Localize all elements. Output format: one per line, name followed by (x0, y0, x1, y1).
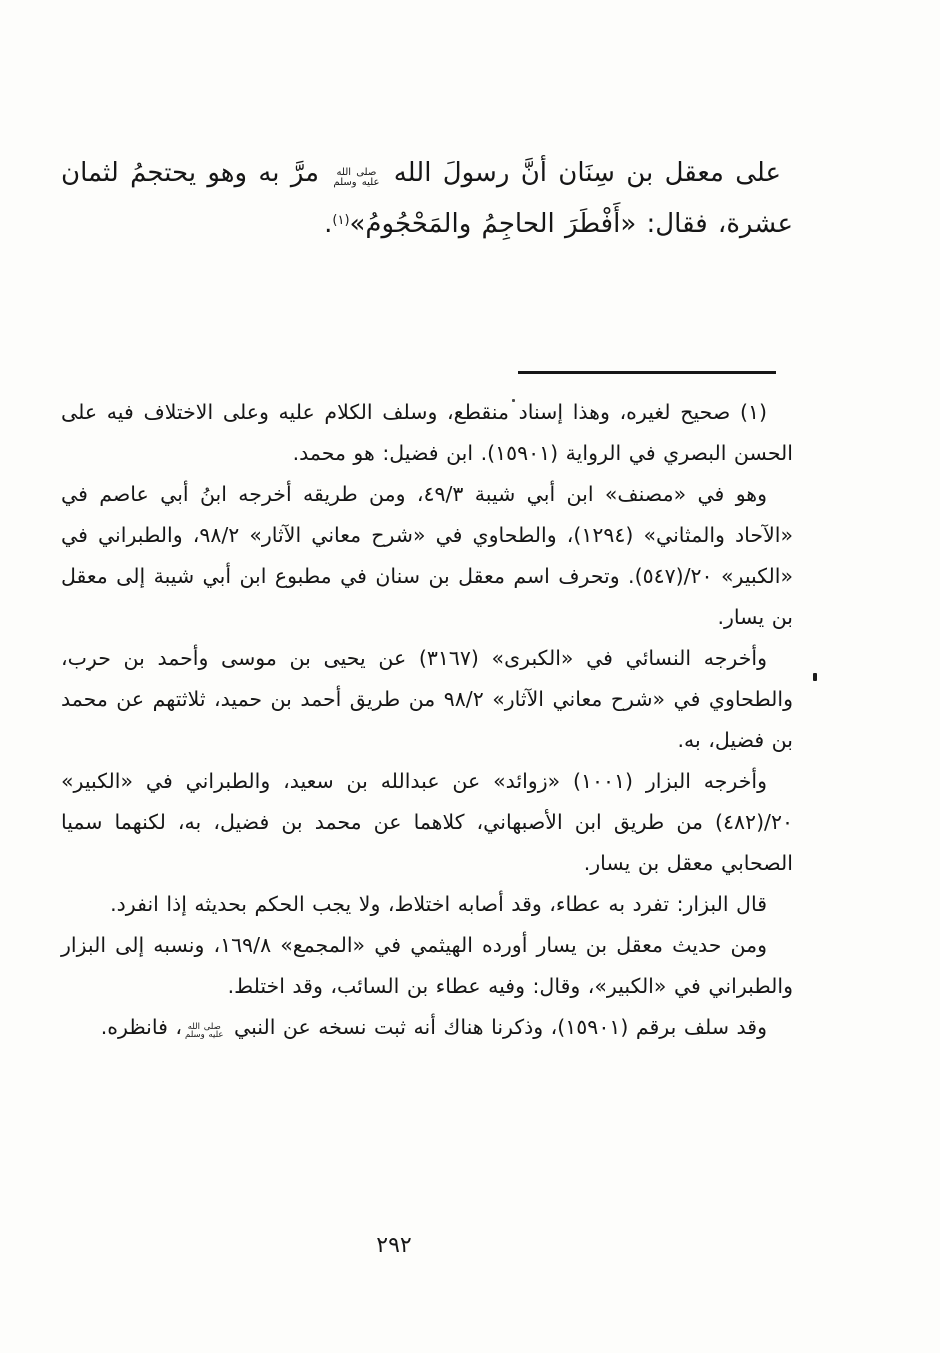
book-page: على معقل بن سِنَان أنَّ رسولَ الله صلى ا… (0, 0, 940, 1353)
prophet-honorific-icon: صلى اللهعليه وسلم (333, 168, 379, 188)
footnote-paragraph: قال البزار: تفرد به عطاء، وقد أصابه اختل… (61, 884, 793, 925)
scan-speck (512, 399, 515, 402)
footnotes-section: (١) صحيح لغيره، وهذا إسناد منقطع، وسلف ا… (61, 392, 793, 1048)
footnote-7-part1: وقد سلف برقم (١٥٩٠١)، وذكرنا هناك أنه ثب… (226, 1015, 767, 1039)
footnote-paragraph: ومن حديث معقل بن يسار أورده الهيثمي في «… (61, 925, 793, 1007)
page-number: ٢٩٢ (28, 1233, 760, 1258)
footnote-paragraph: وقد سلف برقم (١٥٩٠١)، وذكرنا هناك أنه ثب… (61, 1007, 793, 1048)
footnote-paragraph: وهو في «مصنف» ابن أبي شيبة ٤٩/٣، ومن طري… (61, 474, 793, 638)
footnote-paragraph: وأخرجه البزار (١٠٠١) «زوائد» عن عبدالله … (61, 761, 793, 884)
hadith-text: على معقل بن سِنَان أنَّ رسولَ الله صلى ا… (61, 148, 793, 250)
honorific-line2: عليه وسلم (333, 178, 379, 188)
footnote-7-part2: ، فانظره. (101, 1015, 182, 1039)
footnote-ref-1: (١) (332, 213, 349, 228)
scan-speck (813, 673, 817, 681)
scan-speck (88, 668, 91, 671)
footnote-paragraph: وأخرجه النسائي في «الكبرى» (٣١٦٧) عن يحي… (61, 638, 793, 761)
footnote-separator (518, 371, 776, 374)
footnote-paragraph: (١) صحيح لغيره، وهذا إسناد منقطع، وسلف ا… (61, 392, 793, 474)
hadith-part1: على معقل بن سِنَان أنَّ رسولَ الله (382, 158, 781, 188)
honorific-line2: عليه وسلم (185, 1031, 223, 1040)
prophet-honorific-icon: صلى اللهعليه وسلم (185, 1023, 223, 1040)
